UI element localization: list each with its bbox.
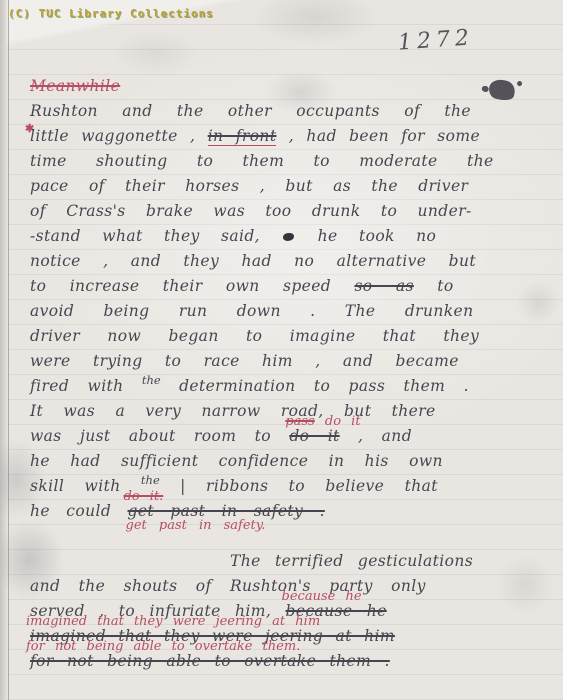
- manuscript-text: MeanwhileRushton and the other occupants…: [30, 74, 550, 674]
- text-segment: skill with: [30, 477, 121, 495]
- interlinear-correction-above: pass do it: [285, 409, 360, 434]
- interlinear-correction-below: get past in safety.: [126, 513, 266, 538]
- manuscript-line: he could get past in safety .do it.get p…: [30, 499, 550, 524]
- manuscript-line: he had sufficient confidence in his own: [30, 449, 550, 474]
- manuscript-line: driver now began to imagine that they: [30, 324, 550, 349]
- text-segment: and the shouts of Rushton's party only: [30, 577, 426, 595]
- interlinear-correction-above: imagined that they were jeering at him: [26, 609, 320, 634]
- manuscript-line: [30, 524, 550, 549]
- text-segment: of Crass's brake was too drunk to under-: [30, 202, 472, 220]
- text-segment: , and: [358, 427, 412, 445]
- manuscript-line: Rushton and the other occupants of the: [30, 99, 550, 124]
- text-segment: pass: [285, 414, 314, 429]
- page-number: 1272: [397, 25, 475, 55]
- manuscript-line: was just about room to do itpass do it ,…: [30, 424, 550, 449]
- ink-smudge: [283, 233, 294, 241]
- interlinear-correction-above: do it.: [124, 484, 164, 509]
- manuscript-line: avoid being run down . The drunken: [30, 299, 550, 324]
- manuscript-line: little waggonette , in front , had been …: [30, 124, 550, 149]
- text-segment: he could: [30, 502, 111, 520]
- text-segment: to increase their own speed: [30, 277, 331, 295]
- text-segment: It was a very narrow road, but there: [30, 402, 436, 420]
- manuscript-line: were trying to race him , and became: [30, 349, 550, 374]
- paper-stain: [250, 0, 380, 45]
- text-segment: -stand what they said,: [30, 227, 260, 245]
- text-segment: little waggonette ,: [30, 127, 195, 145]
- text-segment: pace of their horses , but as the driver: [30, 177, 468, 195]
- text-segment: because he: [282, 589, 362, 604]
- correction-stack: get past in safety .do it.get past in sa…: [128, 499, 325, 524]
- manuscript-line: notice , and they had no alternative but: [30, 249, 550, 274]
- text-segment: ribbons to believe that: [206, 477, 438, 495]
- text-segment: |: [180, 477, 186, 495]
- text-segment: do it.: [124, 489, 164, 504]
- text-segment: Meanwhile: [30, 77, 120, 95]
- text-segment: imagined that they were jeering at him: [26, 614, 320, 629]
- text-segment: were trying to race him , and became: [30, 352, 459, 370]
- text-segment: for not being able to overtake them.: [26, 639, 300, 654]
- manuscript-line: pace of their horses , but as the driver: [30, 174, 550, 199]
- text-segment: Rushton and the other occupants of the: [30, 102, 471, 120]
- library-watermark: (C) TUC Library Collections: [8, 7, 214, 20]
- text-segment: time shouting to them to moderate the: [30, 152, 494, 170]
- text-segment: the: [142, 373, 161, 387]
- text-segment: do it: [325, 414, 361, 429]
- text-segment: fired with: [30, 377, 124, 395]
- text-segment: avoid being run down . The drunken: [30, 302, 473, 320]
- correction-stack: for not being able to overtake them .for…: [30, 649, 390, 674]
- text-segment: , had been for some: [289, 127, 480, 145]
- text-segment: determination to pass them .: [179, 377, 469, 395]
- manuscript-line: of Crass's brake was too drunk to under-: [30, 199, 550, 224]
- manuscript-page: (C) TUC Library Collections 1272 ✱ Meanw…: [0, 0, 563, 700]
- text-segment: driver now began to imagine that they: [30, 327, 479, 345]
- manuscript-line: The terrified gesticulations: [30, 549, 550, 574]
- manuscript-line: -stand what they said, he took no: [30, 224, 550, 249]
- manuscript-line: time shouting to them to moderate the: [30, 149, 550, 174]
- correction-stack: do itpass do it: [289, 424, 339, 449]
- text-segment: so as: [354, 277, 413, 295]
- manuscript-line: skill with the | ribbons to believe that: [30, 474, 550, 499]
- paper-stain: [110, 30, 200, 75]
- text-segment: he took no: [318, 227, 437, 245]
- manuscript-line: Meanwhile: [30, 74, 550, 99]
- text-segment: notice , and they had no alternative but: [30, 252, 476, 270]
- text-segment: The terrified gesticulations: [230, 552, 473, 570]
- scan-left-edge: [0, 0, 9, 700]
- text-segment: to: [437, 277, 453, 295]
- text-segment: he had sufficient confidence in his own: [30, 452, 443, 470]
- manuscript-line: fired with the determination to pass the…: [30, 374, 550, 399]
- manuscript-line: to increase their own speed so as to: [30, 274, 550, 299]
- text-segment: in front: [208, 127, 277, 146]
- interlinear-correction-above: for not being able to overtake them.: [26, 634, 300, 659]
- text-segment: was just about room to: [30, 427, 271, 445]
- manuscript-line: for not being able to overtake them .for…: [30, 649, 550, 674]
- text-segment: get past in safety.: [126, 518, 266, 533]
- interlinear-correction-above: because he: [282, 584, 362, 609]
